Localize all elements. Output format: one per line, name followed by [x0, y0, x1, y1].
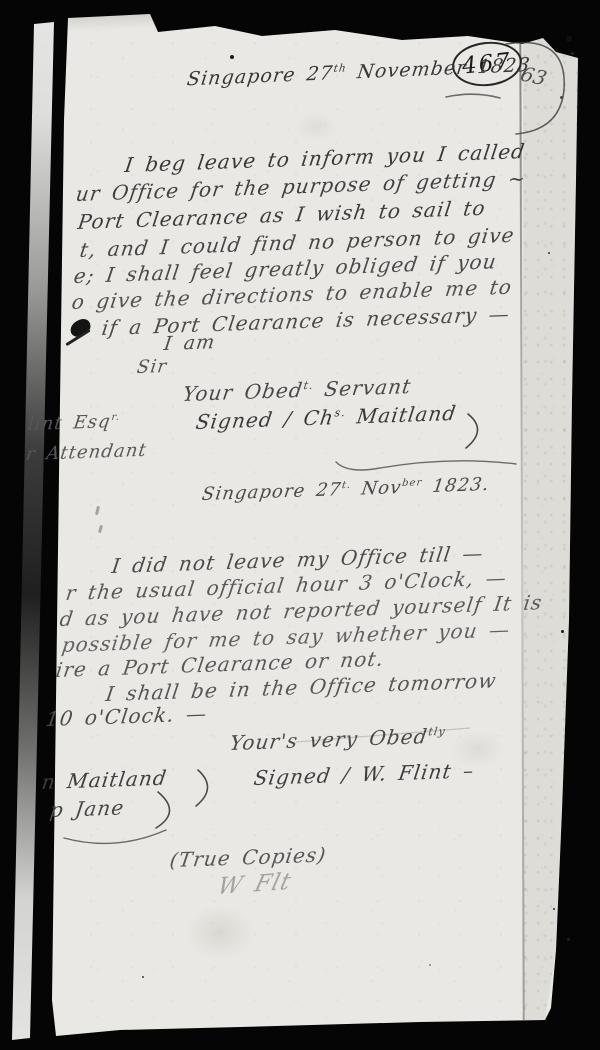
letter1-i-am: I am	[163, 333, 217, 354]
foxing-dot	[548, 252, 550, 254]
foxing-dot	[567, 938, 570, 941]
stain	[185, 905, 255, 960]
letter1-addressee-line1: lint Esqr.	[27, 413, 121, 434]
foxing-dot	[571, 52, 574, 55]
letter1-addressee-line2: r Attendant	[25, 442, 148, 464]
foxing-dot	[230, 55, 234, 59]
letter2-addressee-line2: p Jane	[49, 797, 126, 820]
letter2-addressee-line1: n Maitland	[41, 768, 169, 792]
foxing-dot	[561, 630, 564, 633]
foxing-dot	[429, 964, 431, 966]
letter1-sir: Sir	[136, 358, 169, 377]
foxing-dot	[553, 908, 555, 910]
true-copies-note: (True Copies)	[169, 844, 328, 870]
foxing-dot	[142, 976, 144, 978]
foxing-dot	[560, 96, 563, 99]
foxing-dot	[566, 36, 572, 42]
manuscript-photo: 467 63 Singapore 27th November 1823 I be…	[0, 0, 600, 1050]
copyist-initials: W Flt	[215, 871, 294, 900]
stain	[295, 112, 337, 142]
letter2-line: 10 o'Clock. —	[45, 703, 209, 729]
